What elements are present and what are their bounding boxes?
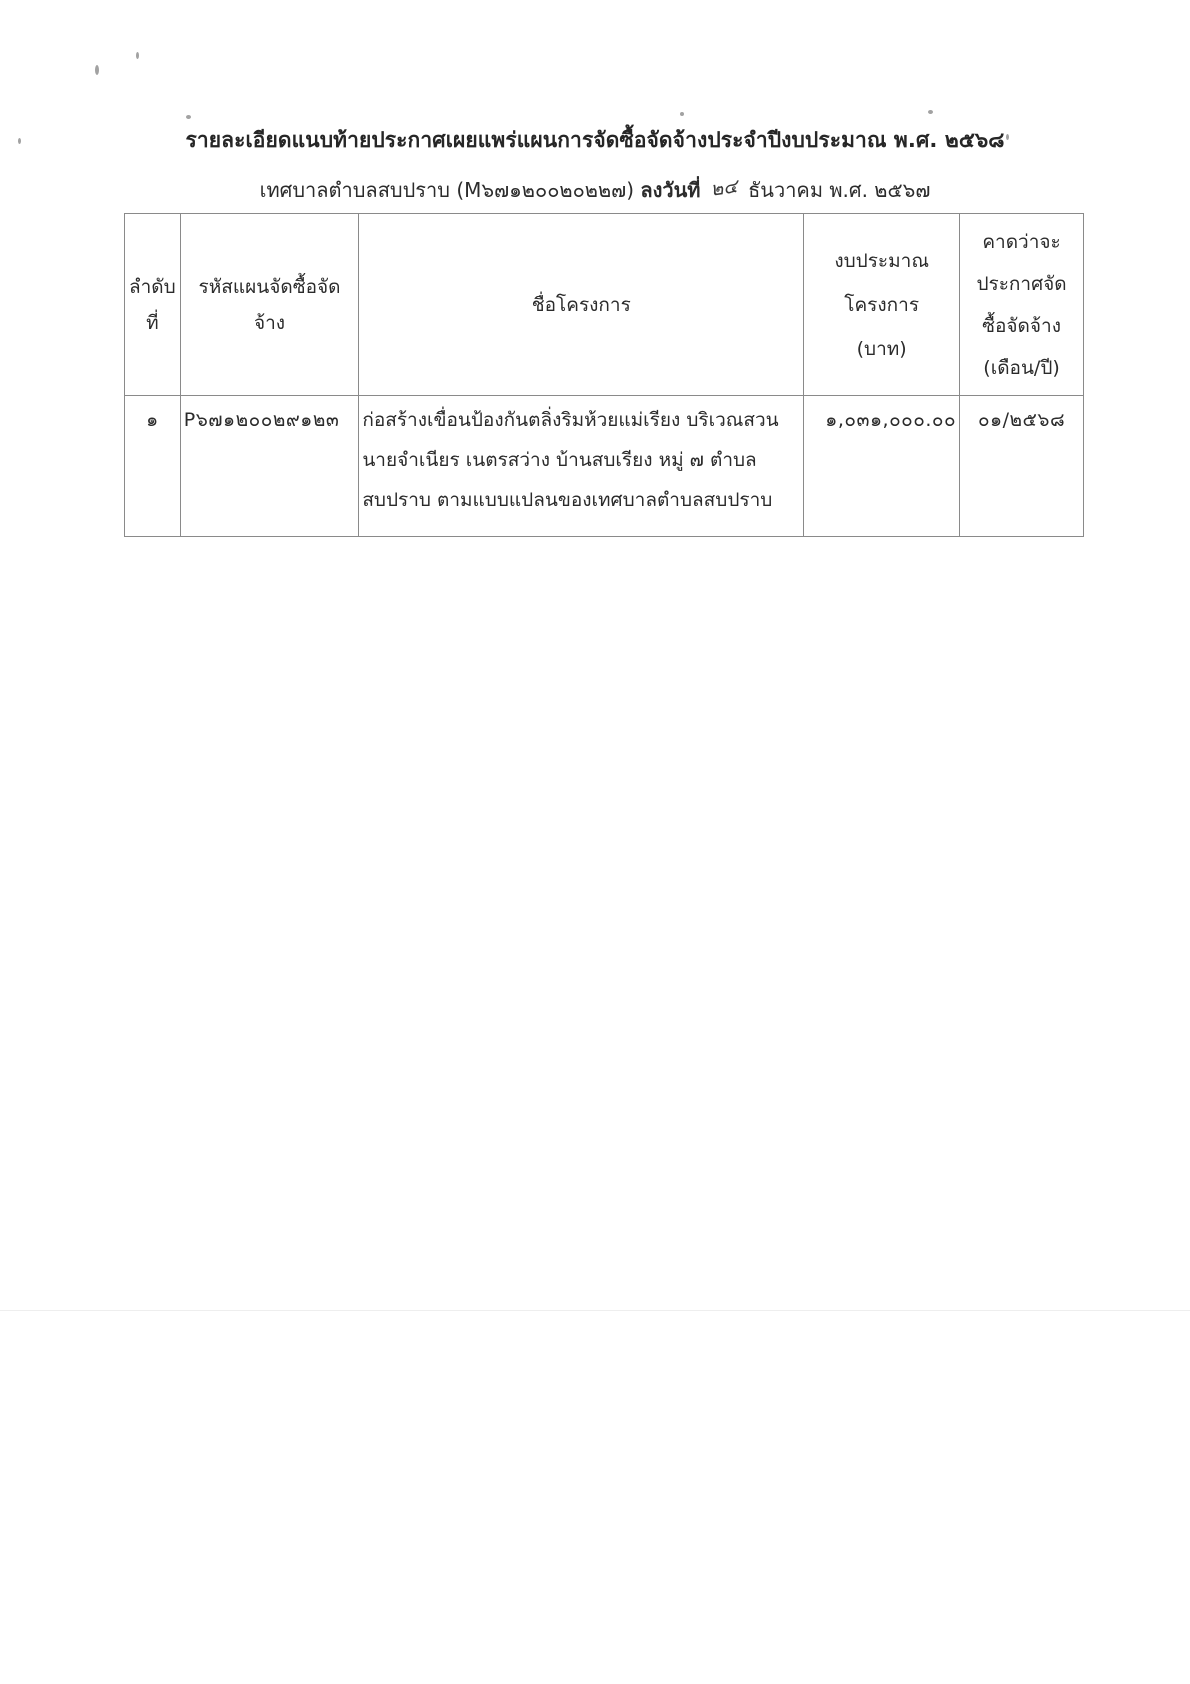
cell-budget: ๑,๐๓๑,๐๐๐.๐๐ [804, 396, 960, 537]
scan-speck [186, 115, 191, 119]
cell-sequence-no: ๑ [125, 396, 181, 537]
scan-speck [95, 65, 99, 75]
cell-plan-code: P๖๗๑๒๐๐๒๙๑๒๓ [180, 396, 359, 537]
scan-speck [680, 112, 684, 116]
header-announce-month: คาดว่าจะ ประกาศจัด ซื้อจัดจ้าง (เดือน/ปี… [960, 214, 1084, 396]
header-project-name: ชื่อโครงการ [359, 214, 804, 396]
handwritten-day: ๒๔ [708, 171, 739, 204]
procurement-plan-table: ลำดับ ที่ รหัสแผนจัดซื้อจัด จ้าง ชื่อโคร… [124, 213, 1084, 537]
cell-announce-month: ๐๑/๒๕๖๘ [960, 396, 1084, 537]
date-suffix: ธันวาคม พ.ศ. ๒๕๖๗ [748, 178, 930, 202]
table-row: ๑ P๖๗๑๒๐๐๒๙๑๒๓ ก่อสร้างเขื่อนป้องกันตลิ่… [125, 396, 1084, 537]
header-budget: งบประมาณ โครงการ (บาท) [804, 214, 960, 396]
organization-name: เทศบาลตำบลสบปราบ (M๖๗๑๒๐๐๒๐๒๒๗) [260, 178, 634, 202]
cell-project-name: ก่อสร้างเขื่อนป้องกันตลิ่งริมห้วยแม่เรีย… [359, 396, 804, 537]
table-header-row: ลำดับ ที่ รหัสแผนจัดซื้อจัด จ้าง ชื่อโคร… [125, 214, 1084, 396]
header-sequence-no: ลำดับ ที่ [125, 214, 181, 396]
document-title: รายละเอียดแนบท้ายประกาศเผยแพร่แผนการจัดซ… [0, 124, 1190, 157]
scan-speck [136, 52, 139, 59]
document-subtitle: เทศบาลตำบลสบปราบ (M๖๗๑๒๐๐๒๐๒๒๗) ลงวันที่… [0, 174, 1190, 206]
scan-line [0, 1310, 1190, 1311]
header-plan-code: รหัสแผนจัดซื้อจัด จ้าง [180, 214, 359, 396]
scan-speck [928, 110, 933, 114]
date-prefix: ลงวันที่ [640, 178, 700, 202]
